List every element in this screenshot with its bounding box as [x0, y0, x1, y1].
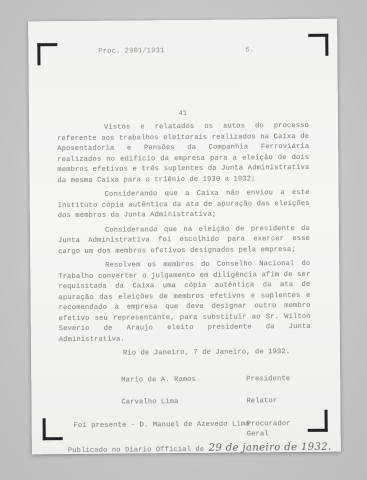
signature-role: Relator — [246, 396, 277, 407]
paragraph-considerando-1: Considerando que a Caixa não enviou a es… — [58, 188, 310, 222]
crop-mark-top-right-icon — [308, 34, 328, 56]
crop-mark-top-left-icon — [37, 43, 57, 65]
paragraph-considerando-2: Considerando que na eleição de president… — [58, 223, 310, 257]
document-page: Proc. 2901/1931 5. 41 Vistos e relatados… — [28, 19, 341, 455]
section-number: 41 — [57, 107, 309, 120]
date-line: Rio de Janeiro, 7 de Janeiro, de 1932. — [123, 347, 311, 359]
signature-name: Foi presente - D. Manuel de Azevedo Lima — [74, 419, 250, 431]
signature-row-relator: Carvalho Lima Relator — [59, 396, 311, 409]
signature-role: Procurador Geral — [247, 418, 312, 440]
page-number: 5. — [245, 45, 254, 56]
publication-note-typed: Publicado no Diario Official de — [68, 446, 204, 455]
scanned-photo-background: Proc. 2901/1931 5. 41 Vistos e relatados… — [0, 0, 367, 480]
signature-row-procurador: Foi presente - D. Manuel de Azevedo Lima… — [60, 418, 312, 431]
signature-role: Presidente — [246, 374, 290, 385]
signature-row-president: Mario de A. Ramos Presidente — [59, 373, 311, 386]
signature-name: Mario de A. Ramos — [121, 374, 196, 385]
publication-note: Publicado no Diario Official de 29 de ja… — [68, 443, 312, 457]
typewritten-text-block: Proc. 2901/1931 5. 41 Vistos e relatados… — [56, 45, 312, 457]
publication-note-handwritten: 29 de janeiro de 1932. — [209, 442, 332, 454]
page-header: Proc. 2901/1931 5. — [56, 45, 308, 58]
signature-name: Carvalho Lima — [121, 397, 178, 408]
signature-block: Mario de A. Ramos Presidente Carvalho Li… — [59, 373, 311, 431]
paragraph-resolucao: Resolvem os membros do Conselho Nacional… — [58, 259, 311, 345]
process-number: Proc. 2901/1931 — [98, 46, 164, 57]
paragraph-vistos: Vistos e relatados os autos do processo … — [57, 121, 310, 186]
